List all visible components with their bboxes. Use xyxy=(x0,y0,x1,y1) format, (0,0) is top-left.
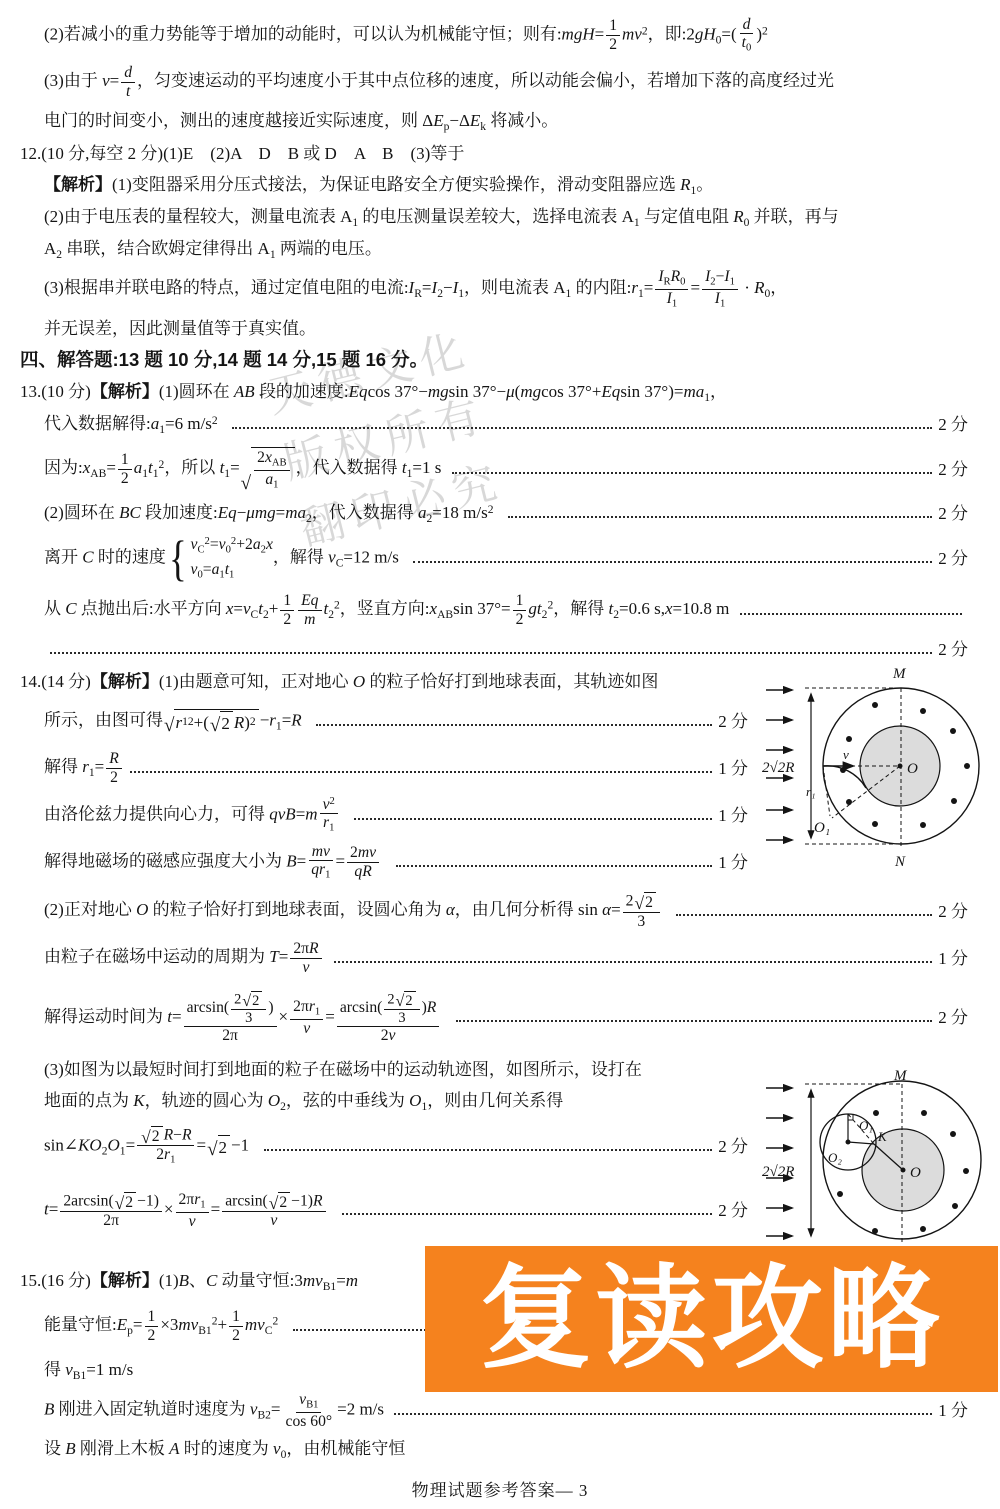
line-text: 电门的时间变小，测出的速度越接近实际速度，则 ΔEp−ΔEk 将减小。 xyxy=(44,110,558,134)
dotted-leader xyxy=(508,516,932,518)
score-label: 2 分 xyxy=(718,1200,748,1221)
dotted-leader xyxy=(676,914,932,916)
line-text: (3)根据串并联电路的特点，通过定值电阻的电流:IR=I2−I1，则电流表 A1… xyxy=(44,268,787,310)
dotted-leader xyxy=(334,961,932,963)
promo-banner-text: 复读攻略 xyxy=(480,1263,944,1375)
content-line: 【解析】(1)变阻器采用分压式接法，为保证电路安全方便实验操作，滑动变阻器应选 … xyxy=(0,170,1000,202)
label-v: v xyxy=(843,747,849,762)
line-text: 解得 r1=R2 xyxy=(44,750,124,786)
section-q14-part3: M O O₁ O₂ K 2√2R (3)如图为以最短时间打到地面的粒子在磁场中的… xyxy=(0,1054,1000,1266)
label-measure: 2√2R xyxy=(762,1164,794,1180)
section-q13: 13.(10 分)【解析】(1)圆环在 AB 段的加速度:Eqcos 37°−m… xyxy=(0,377,1000,666)
content-line: 电门的时间变小，测出的速度越接近实际速度，则 ΔEp−ΔEk 将减小。 xyxy=(0,106,1000,138)
dotted-leader xyxy=(316,724,712,726)
score-label: 2 分 xyxy=(938,459,968,480)
section-q14-part2: (2)正对地心 O 的粒子恰好打到地球表面，设圆心角为 α，由几何分析得 sin… xyxy=(0,888,1000,1054)
line-text: t=2arcsin(√2−1)2π×2πr1v=arcsin(√2−1)Rv xyxy=(44,1191,336,1230)
line-text: 【解析】(1)变阻器采用分压式接法，为保证电路安全方便实验操作，滑动变阻器应选 … xyxy=(44,174,713,198)
section-q12: 12.(10 分,每空 2 分)(1)E (2)A D B 或 D A B (3… xyxy=(0,138,1000,345)
score-label: 2 分 xyxy=(938,548,968,569)
section-q14-part1: M N O O₁ r₁ v 2√2R 14.(14 分)【解析】(1)由题意可知… xyxy=(0,666,1000,888)
line-text: 12.(10 分,每空 2 分)(1)E (2)A D B 或 D A B (3… xyxy=(20,143,464,164)
label-O1: O₁ xyxy=(859,1118,873,1133)
dotted-leader xyxy=(456,1020,932,1022)
content-line: (2)正对地心 O 的粒子恰好打到地球表面，设圆心角为 α，由几何分析得 sin… xyxy=(0,888,1000,935)
line-text: 因为:xAB=12a1t12，所以 t1=√2xABa1，代入数据得 t1=1 … xyxy=(44,447,446,491)
content-line: (3)由于 v=dt，匀变速运动的平均速度小于其中点位移的速度，所以动能会偏小，… xyxy=(0,59,1000,106)
diagram-particle-trajectory-2: M O O₁ O₂ K 2√2R xyxy=(760,1066,1000,1249)
score-label: 2 分 xyxy=(938,414,968,435)
content-line: (2)由于电压表的量程较大，测量电流表 A1 的电压测量误差较大，选择电流表 A… xyxy=(0,202,1000,234)
line-text: 14.(14 分)【解析】(1)由题意可知，正对地心 O 的粒子恰好打到地球表面… xyxy=(20,671,658,692)
content-line: 解得运动时间为 t=arcsin(2√23)2π×2πr1v=arcsin(2√… xyxy=(0,982,1000,1054)
content-line: 12.(10 分,每空 2 分)(1)E (2)A D B 或 D A B (3… xyxy=(0,138,1000,170)
label-O1: O₁ xyxy=(814,820,830,836)
content-line: (3)根据串并联电路的特点，通过定值电阻的电流:IR=I2−I1，则电流表 A1… xyxy=(0,266,1000,313)
promo-banner: 复读攻略 xyxy=(425,1246,998,1392)
score-label: 1 分 xyxy=(718,805,748,826)
exam-answer-page: 天德文化 版权所有 翻印必究 (2)若减小的重力势能等于增加的动能时，可以认为机… xyxy=(0,0,1000,1509)
line-text: (2)正对地心 O 的粒子恰好打到地球表面，设圆心角为 α，由几何分析得 sin… xyxy=(44,892,670,930)
right-angle-mark xyxy=(848,1115,853,1120)
line-text: (2)圆环在 BC 段加速度:Eq−μmg=ma2，代入数据得 a2=18 m/… xyxy=(44,502,502,526)
label-O2: O₂ xyxy=(828,1150,842,1165)
content-line: 代入数据解得:a1=6 m/s2 2 分 xyxy=(0,409,1000,441)
score-label: 1 分 xyxy=(938,948,968,969)
dotted-leader xyxy=(452,472,933,474)
label-O: O xyxy=(907,761,918,777)
dotted-leader xyxy=(264,1149,713,1151)
dotted-leader xyxy=(130,771,712,773)
line-text: 从 C 点抛出后:水平方向 x=vCt2+12Eqmt22，竖直方向:xABsi… xyxy=(44,592,734,628)
radius-line xyxy=(848,1142,874,1144)
line-text: (2)由于电压表的量程较大，测量电流表 A1 的电压测量误差较大，选择电流表 A… xyxy=(44,206,839,230)
line-text: 解得地磁场的磁感应强度大小为 B=mvqr1=2mvqR xyxy=(44,843,390,882)
label-M: M xyxy=(892,666,907,682)
content-line: 13.(10 分)【解析】(1)圆环在 AB 段的加速度:Eqcos 37°−m… xyxy=(0,377,1000,409)
score-label: 2 分 xyxy=(718,1136,748,1157)
score-label: 2 分 xyxy=(938,639,968,660)
score-label: 1 分 xyxy=(718,758,748,779)
label-O: O xyxy=(910,1165,921,1181)
line-text: 由粒子在磁场中运动的周期为 T=2πRv xyxy=(44,940,328,976)
content-line: (2)若减小的重力势能等于增加的动能时，可以认为机械能守恒；则有:mgH=12m… xyxy=(0,12,1000,59)
center-dot-O xyxy=(901,1168,906,1173)
dotted-leader xyxy=(354,818,712,820)
label-r1: r₁ xyxy=(806,784,816,799)
section-q15: 15.(16 分)【解析】(1)B、C 动量守恒:3mvB1=m能量守恒:Ep=… xyxy=(0,1266,1000,1466)
content-line: 并无误差，因此测量值等于真实值。 xyxy=(0,313,1000,345)
content-line: 因为:xAB=12a1t12，所以 t1=√2xABa1，代入数据得 t1=1 … xyxy=(0,441,1000,498)
label-M: M xyxy=(893,1068,908,1084)
content-line: 离开 C 时的速度{vC2=v02+2a2xv0=a1t1，解得 vC=12 m… xyxy=(0,530,1000,587)
dotted-leader xyxy=(232,427,932,429)
dotted-leader xyxy=(394,1413,932,1415)
score-label: 2 分 xyxy=(938,1007,968,1028)
center-dot xyxy=(898,764,903,769)
label-K: K xyxy=(877,1129,888,1144)
line-text: 设 B 刚滑上木板 A 时的速度为 v0，由机械能守恒 xyxy=(44,1438,405,1462)
content-line: A2 串联，结合欧姆定律得出 A1 两端的电压。 xyxy=(0,234,1000,266)
diagram-particle-trajectory-1: M N O O₁ r₁ v 2√2R xyxy=(760,660,1000,887)
line-text: 13.(10 分)【解析】(1)圆环在 AB 段的加速度:Eqcos 37°−m… xyxy=(20,381,727,405)
page-footer: 物理试题参考答案— 3 xyxy=(0,1466,1000,1501)
score-label: 2 分 xyxy=(938,901,968,922)
dotted-leader xyxy=(396,865,713,867)
dotted-leader xyxy=(413,561,932,563)
line-text: A2 串联，结合欧姆定律得出 A1 两端的电压。 xyxy=(44,238,382,262)
line-text: 离开 C 时的速度{vC2=v02+2a2xv0=a1t1，解得 vC=12 m… xyxy=(44,535,407,582)
line-text: 由洛伦兹力提供向心力，可得 qvB=mv2r1 xyxy=(44,796,348,835)
label-N: N xyxy=(894,854,906,870)
dotted-leader xyxy=(50,652,932,654)
line-text: (3)如图为以最短时间打到地面的粒子在磁场中的运动轨迹图，如图所示，设打在 xyxy=(44,1059,642,1080)
section-header: 四、解答题:13 题 10 分,14 题 14 分,15 题 16 分。 xyxy=(0,345,1000,377)
line-text: sin∠KO2O1=√2R−R2r1=√2−1 xyxy=(44,1126,258,1167)
line-text: (2)若减小的重力势能等于增加的动能时，可以认为机械能守恒；则有:mgH=12m… xyxy=(44,16,768,55)
content-line: 四、解答题:13 题 10 分,14 题 14 分,15 题 16 分。 xyxy=(0,345,1000,377)
line-text: 所示，由图可得√r12+(√2R)2−r1=R xyxy=(44,709,310,734)
section-q11-tail: (2)若减小的重力势能等于增加的动能时，可以认为机械能守恒；则有:mgH=12m… xyxy=(0,0,1000,138)
content-line: 设 B 刚滑上木板 A 时的速度为 v0，由机械能守恒 xyxy=(0,1434,1000,1466)
line-text: 得 vB1=1 m/s xyxy=(44,1359,133,1383)
score-label: 1 分 xyxy=(938,1400,968,1421)
score-label: 2 分 xyxy=(938,503,968,524)
content-line: (2)圆环在 BC 段加速度:Eq−μmg=ma2，代入数据得 a2=18 m/… xyxy=(0,498,1000,530)
line-text: 代入数据解得:a1=6 m/s2 xyxy=(44,413,226,437)
line-text: 解得运动时间为 t=arcsin(2√23)2π×2πr1v=arcsin(2√… xyxy=(44,991,450,1045)
label-measure: 2√2R xyxy=(762,760,794,776)
score-label: 1 分 xyxy=(718,852,748,873)
score-label: 2 分 xyxy=(718,711,748,732)
dotted-leader xyxy=(342,1213,712,1215)
center-dot-O2 xyxy=(846,1140,851,1145)
content-line: 从 C 点抛出后:水平方向 x=vCt2+12Eqmt22，竖直方向:xABsi… xyxy=(0,587,1000,634)
line-text: B 刚进入固定轨道时速度为 vB2=vB1cos 60°=2 m/s xyxy=(44,1391,388,1430)
content-line: B 刚进入固定轨道时速度为 vB2=vB1cos 60°=2 m/s 1 分 xyxy=(0,1387,1000,1434)
line-text: 并无误差，因此测量值等于真实值。 xyxy=(44,318,316,339)
dotted-leader xyxy=(740,613,962,615)
beam-arrows-icon xyxy=(766,1088,792,1236)
line-text: 能量守恒:Ep=12×3mvB12+12mvC2 xyxy=(44,1308,287,1344)
content-line: 由粒子在磁场中运动的周期为 T=2πRv 1 分 xyxy=(0,935,1000,982)
line-text: (3)由于 v=dt，匀变速运动的平均速度小于其中点位移的速度，所以动能会偏小，… xyxy=(44,64,834,100)
line-text: 四、解答题:13 题 10 分,14 题 14 分,15 题 16 分。 xyxy=(20,348,428,373)
line-text: 15.(16 分)【解析】(1)B、C 动量守恒:3mvB1=m xyxy=(20,1270,358,1294)
line-text: 地面的点为 K，轨迹的圆心为 O2，弦的中垂线为 O1，则由几何关系得 xyxy=(44,1090,563,1114)
